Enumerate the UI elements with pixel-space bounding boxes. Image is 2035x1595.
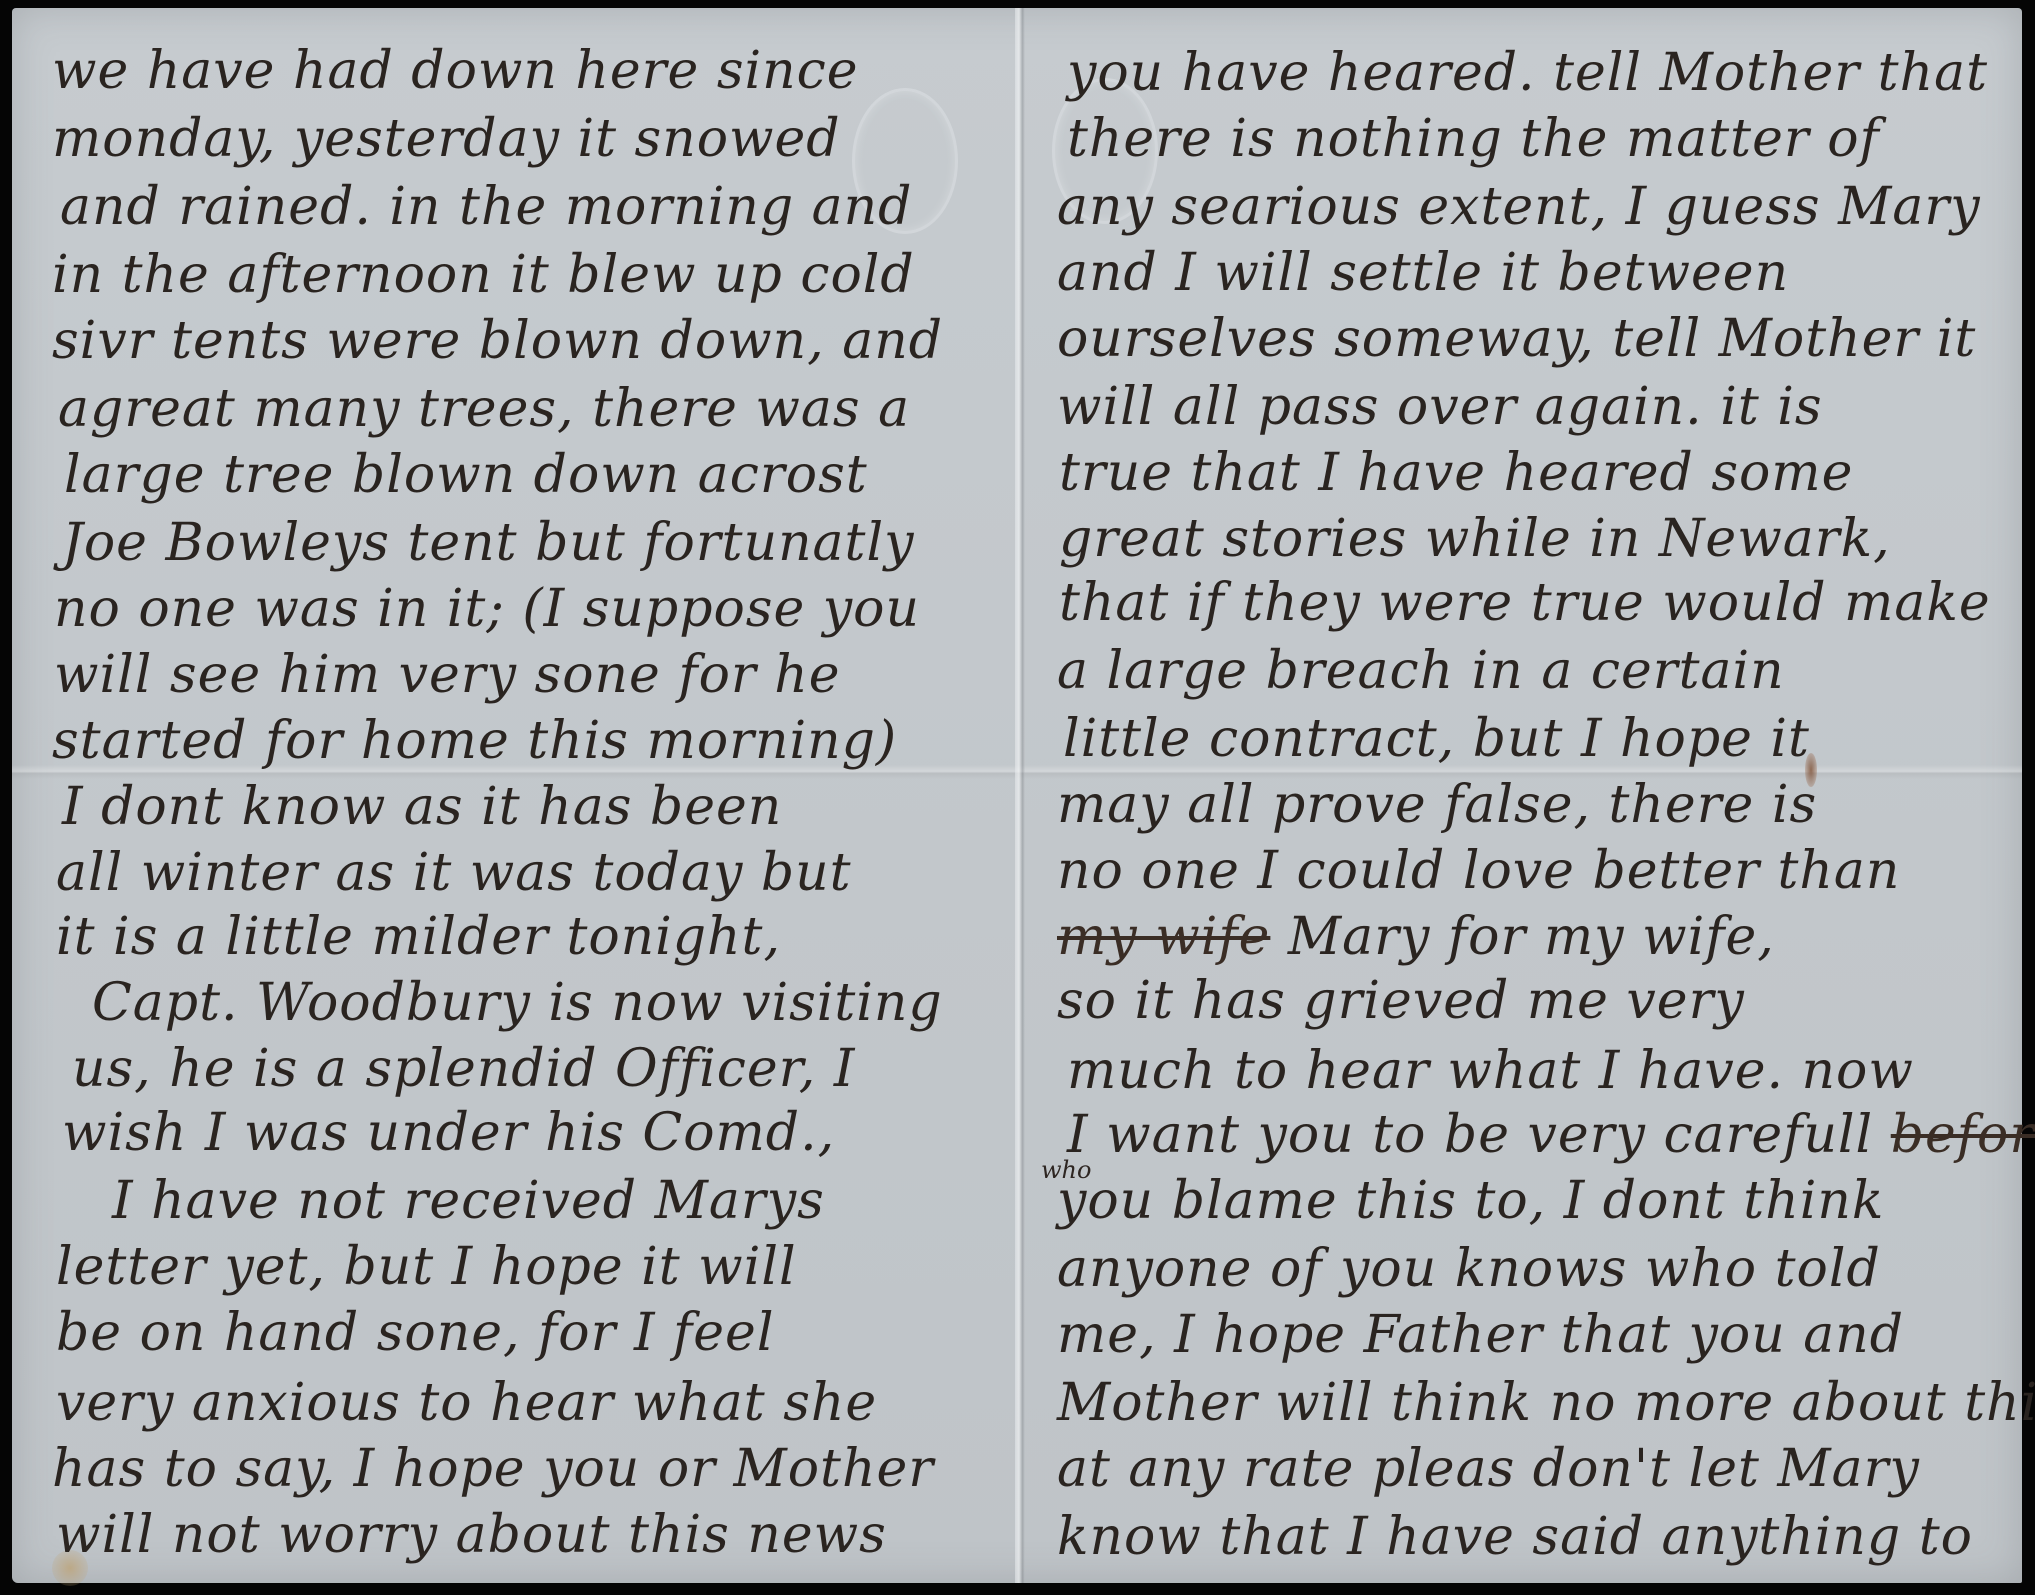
handwritten-line: no one was in it; (I suppose you: [54, 574, 920, 644]
handwritten-line: will all pass over again. it is: [1057, 372, 1823, 442]
handwritten-line: any searious extent, I guess Mary: [1057, 172, 1981, 242]
handwritten-line: there is nothing the matter of: [1067, 104, 1880, 174]
handwritten-line: anyone of you knows who told: [1057, 1234, 1881, 1304]
handwritten-line: I dont know as it has been: [62, 772, 782, 842]
center-fold: [1015, 8, 1025, 1583]
handwritten-line: monday, yesterday it snowed: [52, 104, 841, 174]
handwritten-line: know that I have said anything to: [1057, 1502, 1973, 1572]
handwritten-line: it is a little milder tonight,: [56, 902, 781, 972]
handwritten-line: no one I could love better than: [1057, 836, 1900, 906]
letter-sheet: we have had down here since monday, yest…: [12, 8, 2022, 1583]
handwritten-line: you blame this to, I dont think: [1057, 1166, 1884, 1236]
handwritten-line: large tree blown down acrost: [64, 440, 868, 510]
handwritten-line: little contract, but I hope it: [1063, 704, 1810, 774]
right-page: you have heared. tell Mother that there …: [1057, 26, 2017, 1571]
handwritten-line: you have heared. tell Mother that: [1067, 38, 1988, 108]
handwritten-line: wish I was under his Comd.,: [62, 1098, 835, 1168]
handwritten-line: be on hand sone, for I feel: [56, 1298, 774, 1368]
handwritten-line: at any rate pleas don't let Mary: [1057, 1434, 1920, 1504]
handwritten-line: very anxious to hear what she: [56, 1368, 877, 1438]
handwritten-line: Capt. Woodbury is now visiting: [92, 968, 943, 1038]
handwritten-line: agreat many trees, there was a: [58, 374, 910, 444]
struck-text: my wife: [1057, 907, 1270, 967]
handwritten-line: sivr tents were blown down, and: [52, 306, 943, 376]
struck-text: before: [1891, 1105, 2035, 1165]
handwritten-text: Mary for my wife,: [1288, 907, 1775, 967]
handwritten-line: so it has grieved me very: [1057, 966, 1745, 1036]
handwritten-line: a large breach in a certain: [1057, 636, 1785, 706]
handwritten-line: has to say, I hope you or Mother: [52, 1434, 934, 1504]
handwritten-line: me, I hope Father that you and: [1057, 1300, 1904, 1370]
handwritten-line: in the afternoon it blew up cold: [52, 240, 915, 310]
handwritten-line: letter yet, but I hope it will: [56, 1232, 797, 1302]
handwritten-line: all winter as it was today but: [56, 838, 852, 908]
handwritten-line: ourselves someway, tell Mother it: [1057, 304, 1976, 374]
handwritten-line: may all prove false, there is: [1057, 770, 1817, 840]
handwritten-line: will see him very sone for he: [54, 640, 841, 710]
handwritten-line: Joe Bowleys tent but fortunatly: [62, 508, 914, 578]
handwritten-line: us, he is a splendid Officer, I: [72, 1034, 855, 1104]
handwritten-line: we have had down here since: [52, 36, 859, 106]
handwritten-text: I want you to be very carefull: [1067, 1105, 1873, 1165]
handwritten-line: I have not received Marys: [112, 1166, 825, 1236]
handwritten-line-with-strikethrough: my wife Mary for my wife,: [1057, 902, 1775, 972]
handwritten-line: started for home this morning): [52, 706, 897, 776]
handwritten-line: that if they were true would make: [1059, 568, 1991, 638]
handwritten-line: and I will settle it between: [1057, 238, 1789, 308]
handwritten-line: Mother will think no more about this,: [1057, 1368, 2035, 1438]
handwritten-line: will not worry about this news: [56, 1500, 887, 1570]
handwritten-line: much to hear what I have. now: [1067, 1036, 1914, 1106]
handwritten-line: true that I have heared some: [1059, 438, 1853, 508]
handwritten-line: and rained. in the morning and: [60, 172, 912, 242]
handwritten-line: great stories while in Newark,: [1059, 504, 1891, 574]
handwritten-line-with-strikethrough: I want you to be very carefull before: [1067, 1100, 2035, 1170]
left-page: we have had down here since monday, yest…: [52, 26, 1002, 1571]
